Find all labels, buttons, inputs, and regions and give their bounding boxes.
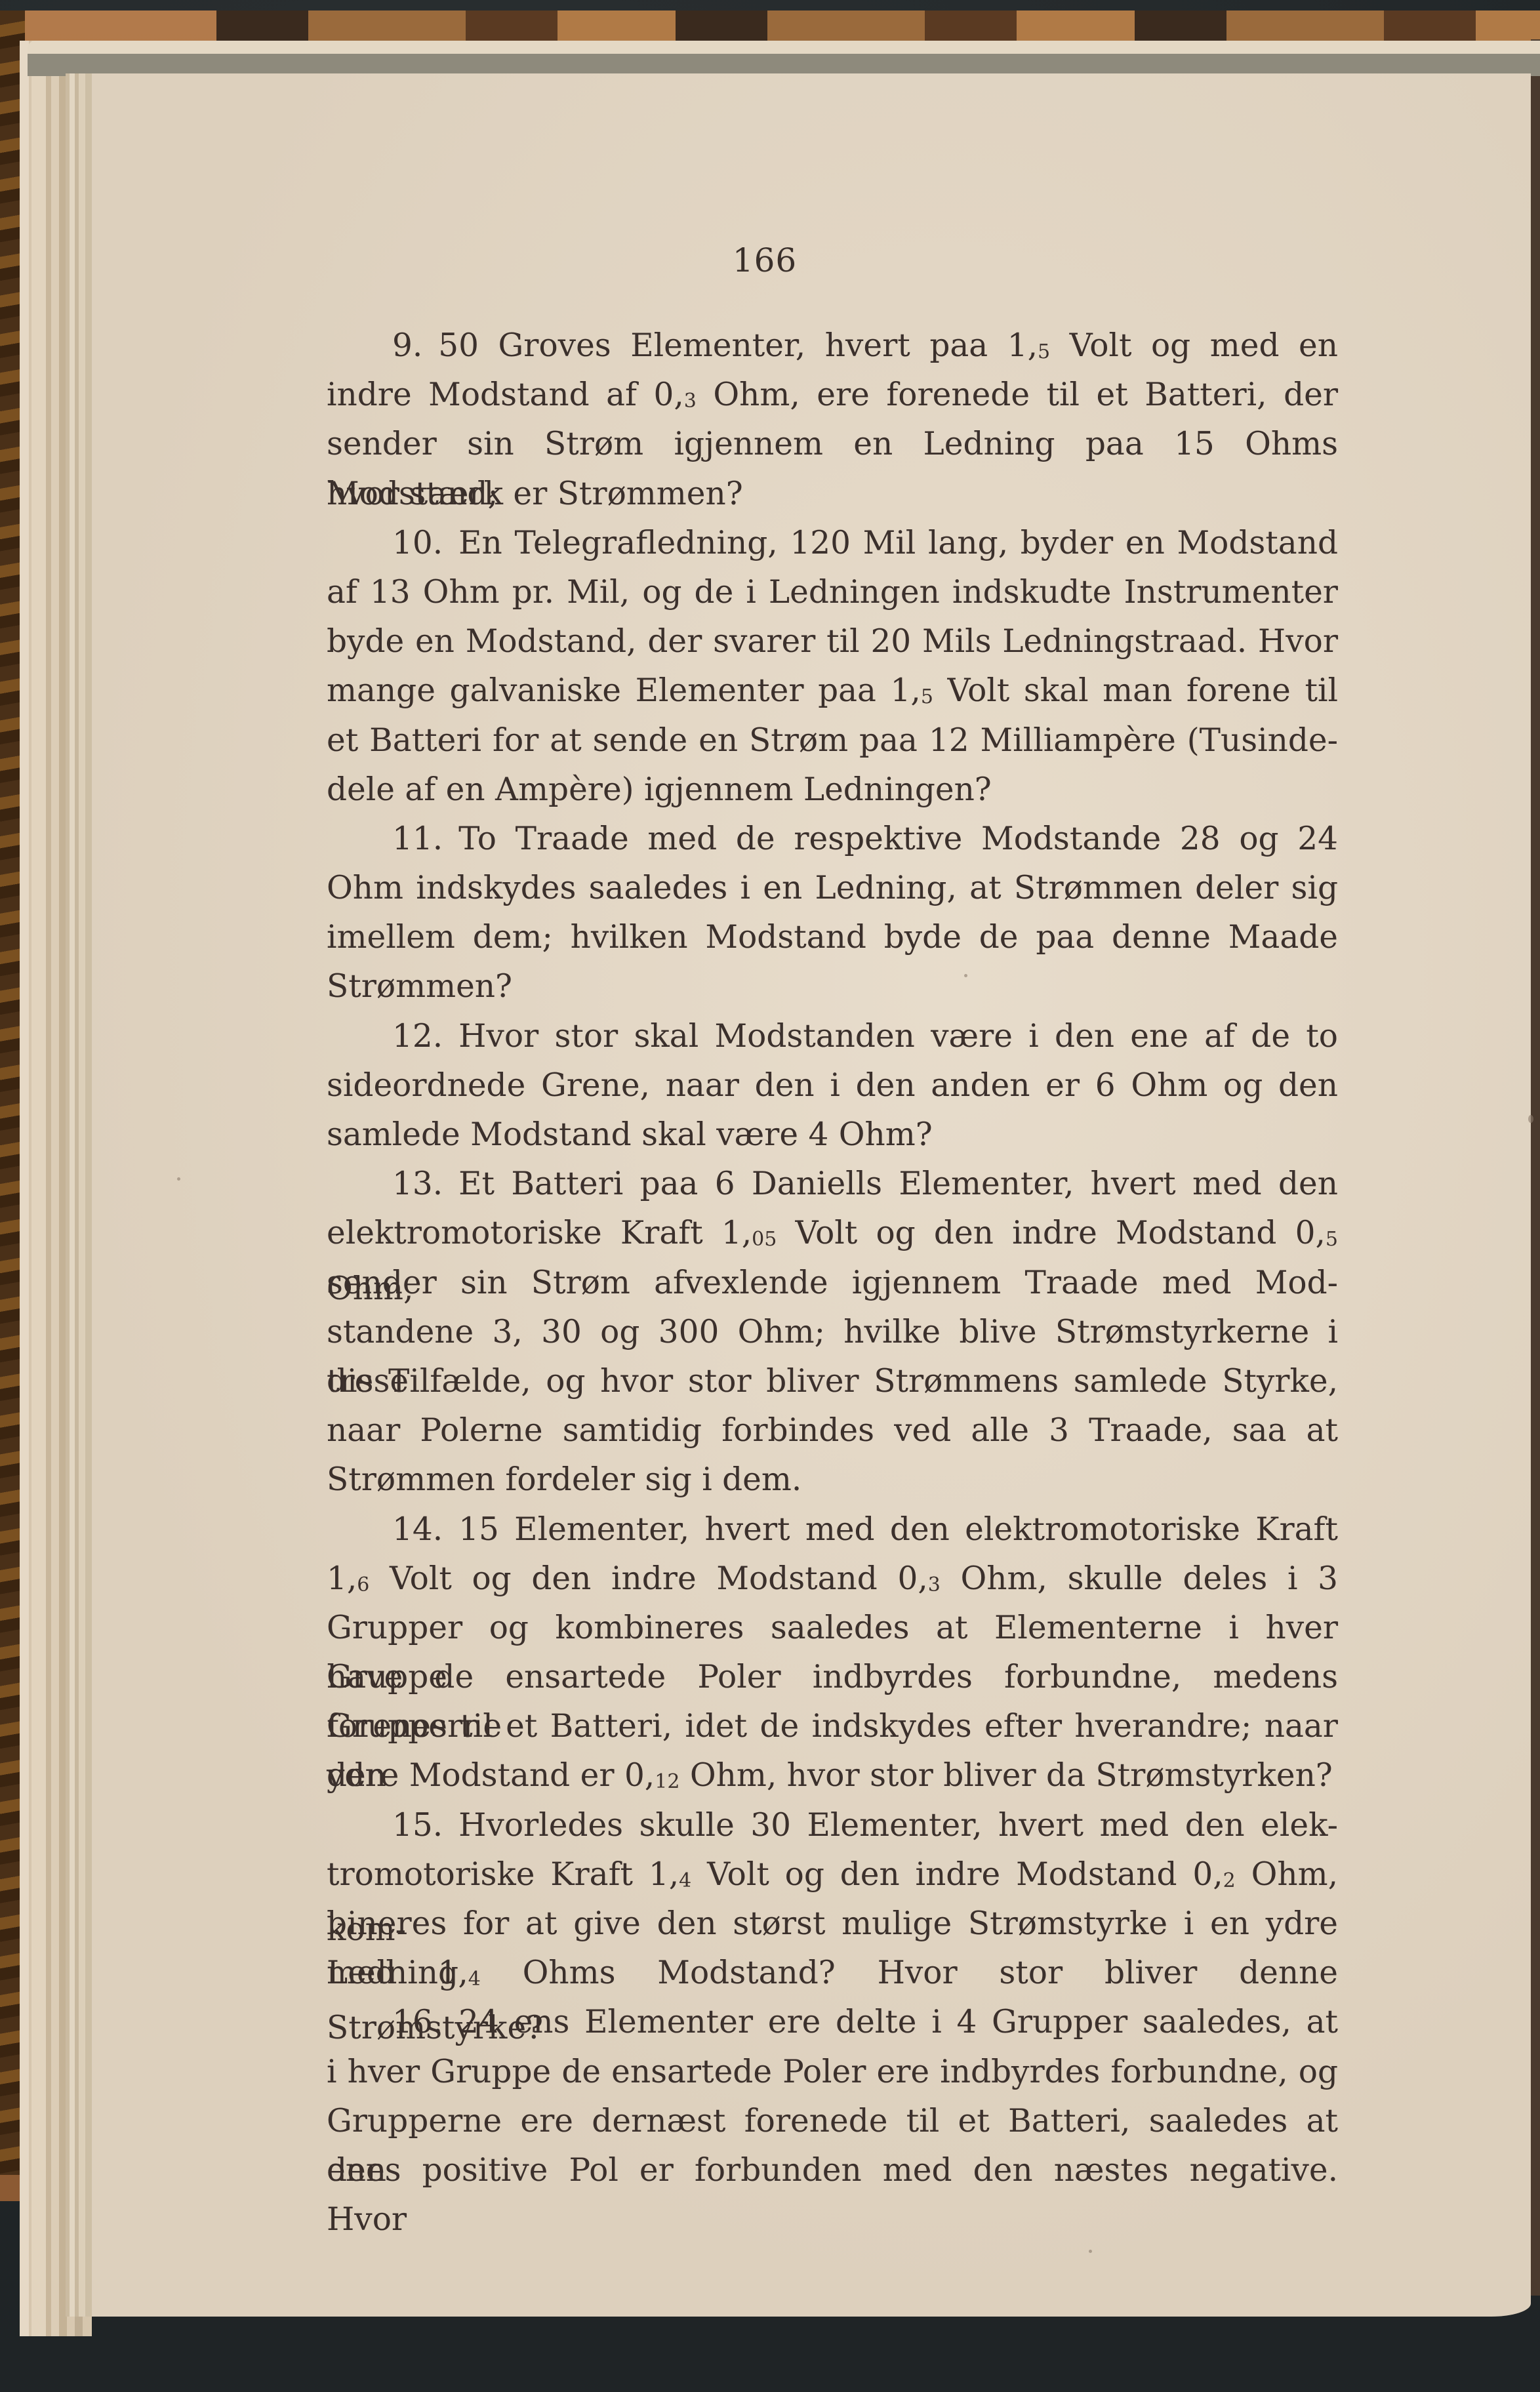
text-line: naar Polerne samtidig forbindes ved alle… <box>327 1406 1338 1455</box>
decimal-subscript: 5 <box>921 685 933 708</box>
text-line: bineres for at give den størst mulige St… <box>327 1899 1338 1949</box>
decimal-subscript: 2 <box>1223 1869 1236 1892</box>
line-text: mange galvaniske Elementer paa 1,5 Volt … <box>327 666 1338 721</box>
text-line: Strømmen fordeler sig i dem. <box>327 1455 1338 1505</box>
line-text: i hver Gruppe de ensartede Poler ere ind… <box>327 2048 1338 2097</box>
text-line: ydre Modstand er 0,12 Ohm, hvor stor bli… <box>327 1751 1338 1800</box>
line-text: To Traade med de respektive Modstande 28… <box>458 821 1338 857</box>
text-line: hvor stærk er Strømmen? <box>327 470 1338 519</box>
problem-number: 16. <box>392 2004 443 2040</box>
text-line: 10.En Telegrafledning, 120 Mil lang, byd… <box>327 519 1338 568</box>
text-line: enes positive Pol er forbunden med den n… <box>327 2146 1338 2195</box>
cover-right-edge <box>1531 39 1540 2296</box>
text-line: indre Modstand af 0,3 Ohm, ere forenede … <box>327 371 1338 420</box>
problem-11: 11.To Traade med de respektive Modstande… <box>327 815 1338 1012</box>
text-body: 9.50 Groves Elementer, hvert paa 1,5 Vol… <box>327 321 1338 2195</box>
decimal-subscript: 12 <box>655 1770 679 1793</box>
line-text: Hvorledes skulle 30 Elementer, hvert med… <box>458 1807 1338 1844</box>
line-text: Hvor stor skal Modstanden være i den ene… <box>458 1018 1338 1055</box>
text-line: mange galvaniske Elementer paa 1,5 Volt … <box>327 666 1338 716</box>
problem-9: 9.50 Groves Elementer, hvert paa 1,5 Vol… <box>327 321 1338 519</box>
paper-speck <box>1528 1115 1533 1123</box>
line-text: tre Tilfælde, og hvor stor bliver Strømm… <box>327 1357 1338 1406</box>
text-line: samlede Modstand skal være 4 Ohm? <box>327 1110 1338 1160</box>
decimal-subscript: 5 <box>1038 340 1050 363</box>
text-line: Ohm indskydes saaledes i en Ledning, at … <box>327 864 1338 913</box>
text-line: 9.50 Groves Elementer, hvert paa 1,5 Vol… <box>327 321 1338 371</box>
text-line: 15.Hvorledes skulle 30 Elementer, hvert … <box>327 1801 1338 1850</box>
text-line: Strømmen? <box>327 962 1338 1011</box>
decimal-subscript: 4 <box>679 1869 691 1892</box>
page-gutter <box>66 73 92 2317</box>
text-line: forenes til et Batteri, idet de indskyde… <box>327 1702 1338 1751</box>
line-text: En Telegrafledning, 120 Mil lang, byder … <box>458 525 1338 561</box>
line-text: indre Modstand af 0,3 Ohm, ere forenede … <box>327 371 1338 426</box>
text-line: 12.Hvor stor skal Modstanden være i den … <box>327 1012 1338 1061</box>
problem-number: 10. <box>392 525 443 561</box>
text-line: have de ensartede Poler indbyrdes forbun… <box>327 1653 1338 1702</box>
line-text: 15 Elementer, hvert med den elektromotor… <box>458 1511 1338 1548</box>
text-line: sender sin Strøm igjennem en Ledning paa… <box>327 420 1338 469</box>
line-text: Strømmen? <box>327 962 1338 1011</box>
text-line: byde en Modstand, der svarer til 20 Mils… <box>327 617 1338 666</box>
line-text: imellem dem; hvilken Modstand byde de pa… <box>327 913 1338 962</box>
problem-15: 15.Hvorledes skulle 30 Elementer, hvert … <box>327 1801 1338 1998</box>
line-text: enes positive Pol er forbunden med den n… <box>327 2146 1338 2244</box>
problem-number: 15. <box>392 1807 443 1844</box>
text-line: 11.To Traade med de respektive Modstande… <box>327 815 1338 864</box>
text-line: elektromotoriske Kraft 1,05 Volt og den … <box>327 1209 1338 1258</box>
text-line: af 13 Ohm pr. Mil, og de i Ledningen ind… <box>327 568 1338 617</box>
line-text: 50 Groves Elementer, hvert paa 1,5 Volt … <box>438 327 1338 364</box>
problem-12: 12.Hvor stor skal Modstanden være i den … <box>327 1012 1338 1160</box>
decimal-subscript: 4 <box>468 1968 481 1991</box>
line-text: dele af en Ampère) igjennem Ledningen? <box>327 765 1338 815</box>
line-text: samlede Modstand skal være 4 Ohm? <box>327 1110 1338 1160</box>
line-text: ydre Modstand er 0,12 Ohm, hvor stor bli… <box>327 1751 1338 1806</box>
line-text: af 13 Ohm pr. Mil, og de i Ledningen ind… <box>327 568 1338 617</box>
problem-number: 12. <box>392 1018 443 1055</box>
problem-16: 16.24 ens Elementer ere delte i 4 Gruppe… <box>327 1998 1338 2195</box>
line-text: byde en Modstand, der svarer til 20 Mils… <box>327 617 1338 666</box>
page-number: 166 <box>0 241 1535 279</box>
text-line: dele af en Ampère) igjennem Ledningen? <box>327 765 1338 815</box>
line-text: 1,6 Volt og den indre Modstand 0,3 Ohm, … <box>327 1554 1338 1610</box>
paper-speck <box>1089 2250 1092 2253</box>
line-text: sideordnede Grene, naar den i den anden … <box>327 1061 1338 1110</box>
text-line: med 1,4 Ohms Modstand? Hvor stor bliver … <box>327 1949 1338 1998</box>
decimal-subscript: 3 <box>928 1573 941 1596</box>
line-text: naar Polerne samtidig forbindes ved alle… <box>327 1406 1338 1455</box>
decimal-subscript: 05 <box>752 1228 777 1251</box>
decimal-subscript: 5 <box>1326 1228 1338 1251</box>
line-text: et Batteri for at sende en Strøm paa 12 … <box>327 716 1338 765</box>
problem-number: 13. <box>392 1166 443 1202</box>
text-line: Grupper og kombineres saaledes at Elemen… <box>327 1604 1338 1653</box>
text-line: 13.Et Batteri paa 6 Daniells Elementer, … <box>327 1160 1338 1209</box>
text-line: Grupperne ere dernæst forenede til et Ba… <box>327 2097 1338 2146</box>
text-line: 16.24 ens Elementer ere delte i 4 Gruppe… <box>327 1998 1338 2047</box>
text-line: et Batteri for at sende en Strøm paa 12 … <box>327 716 1338 765</box>
problem-13: 13.Et Batteri paa 6 Daniells Elementer, … <box>327 1160 1338 1505</box>
problem-number: 9. <box>392 327 422 364</box>
text-line: sideordnede Grene, naar den i den anden … <box>327 1061 1338 1110</box>
page-top-edge <box>28 41 1540 76</box>
text-line: 1,6 Volt og den indre Modstand 0,3 Ohm, … <box>327 1554 1338 1604</box>
line-text: sender sin Strøm afvexlende igjennem Tra… <box>327 1259 1338 1308</box>
paper-speck <box>964 974 967 977</box>
line-text: 24 ens Elementer ere delte i 4 Grupper s… <box>458 2004 1338 2040</box>
problem-number: 14. <box>392 1511 443 1548</box>
line-text: Strømmen fordeler sig i dem. <box>327 1455 1338 1505</box>
problem-14: 14.15 Elementer, hvert med den elektromo… <box>327 1505 1338 1801</box>
text-line: sender sin Strøm afvexlende igjennem Tra… <box>327 1259 1338 1308</box>
paper-speck <box>177 1177 180 1181</box>
decimal-subscript: 3 <box>684 390 697 413</box>
text-line: standene 3, 30 og 300 Ohm; hvilke blive … <box>327 1308 1338 1357</box>
text-line: i hver Gruppe de ensartede Poler ere ind… <box>327 2048 1338 2097</box>
decimal-subscript: 6 <box>357 1573 369 1596</box>
text-line: 14.15 Elementer, hvert med den elektromo… <box>327 1505 1338 1554</box>
text-line: imellem dem; hvilken Modstand byde de pa… <box>327 913 1338 962</box>
line-text: Et Batteri paa 6 Daniells Elementer, hve… <box>458 1166 1338 1202</box>
text-line: tromotoriske Kraft 1,4 Volt og den indre… <box>327 1850 1338 1899</box>
text-line: tre Tilfælde, og hvor stor bliver Strømm… <box>327 1357 1338 1406</box>
problem-10: 10.En Telegrafledning, 120 Mil lang, byd… <box>327 519 1338 815</box>
problem-number: 11. <box>392 821 443 857</box>
line-text: hvor stærk er Strømmen? <box>327 470 1338 519</box>
line-text: Ohm indskydes saaledes i en Ledning, at … <box>327 864 1338 913</box>
